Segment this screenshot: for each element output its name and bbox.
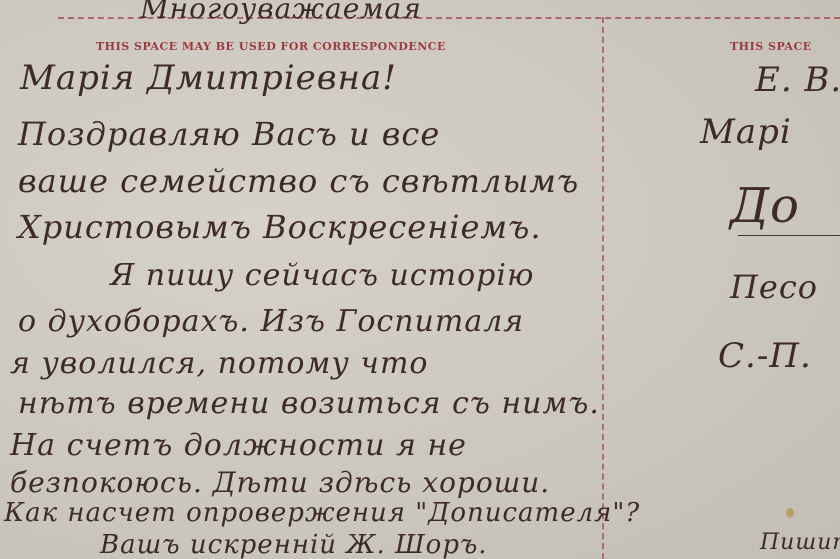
postcard: THIS SPACE MAY BE USED FOR CORRESPONDENC…: [0, 0, 840, 559]
message-signature: Вашъ искренній Ж. Шоръ.: [100, 530, 488, 559]
address-underline: [738, 235, 840, 236]
message-line: нѣтъ времени возиться съ нимъ.: [18, 386, 600, 421]
message-salutation-line: Многоуважаемая: [140, 0, 422, 25]
message-line: я уволился, потому что: [10, 346, 428, 381]
message-addressee-name: Марія Дмитріевна!: [20, 58, 397, 98]
printed-address-label: THIS SPACE: [730, 40, 812, 53]
paper-stain: [786, 508, 794, 518]
message-line: о духоборахъ. Изъ Госпиталя: [18, 304, 524, 339]
message-line: Как насчет опровержения "Дописателя"?: [4, 498, 640, 528]
address-street: Песо: [730, 268, 818, 306]
address-name: Марі: [700, 112, 792, 152]
address-city: С.-П.: [718, 336, 812, 376]
message-line: Христовымъ Воскресеніемъ.: [18, 208, 542, 246]
printed-divider-line: [602, 17, 604, 559]
message-line: Я пишу сейчасъ исторію: [110, 258, 534, 293]
address-line: До: [730, 178, 800, 234]
message-postscript: Пишите: [760, 530, 840, 555]
message-line: безпокоюсь. Дѣти здѣсь хороши.: [10, 466, 550, 499]
message-line: На счетъ должности я не: [10, 428, 467, 463]
address-honorific: Е. В.: [755, 60, 840, 100]
message-line: Поздравляю Васъ и все: [18, 115, 440, 153]
printed-correspondence-label: THIS SPACE MAY BE USED FOR CORRESPONDENC…: [96, 40, 446, 53]
message-line: ваше семейство съ свѣтлымъ: [18, 162, 579, 200]
